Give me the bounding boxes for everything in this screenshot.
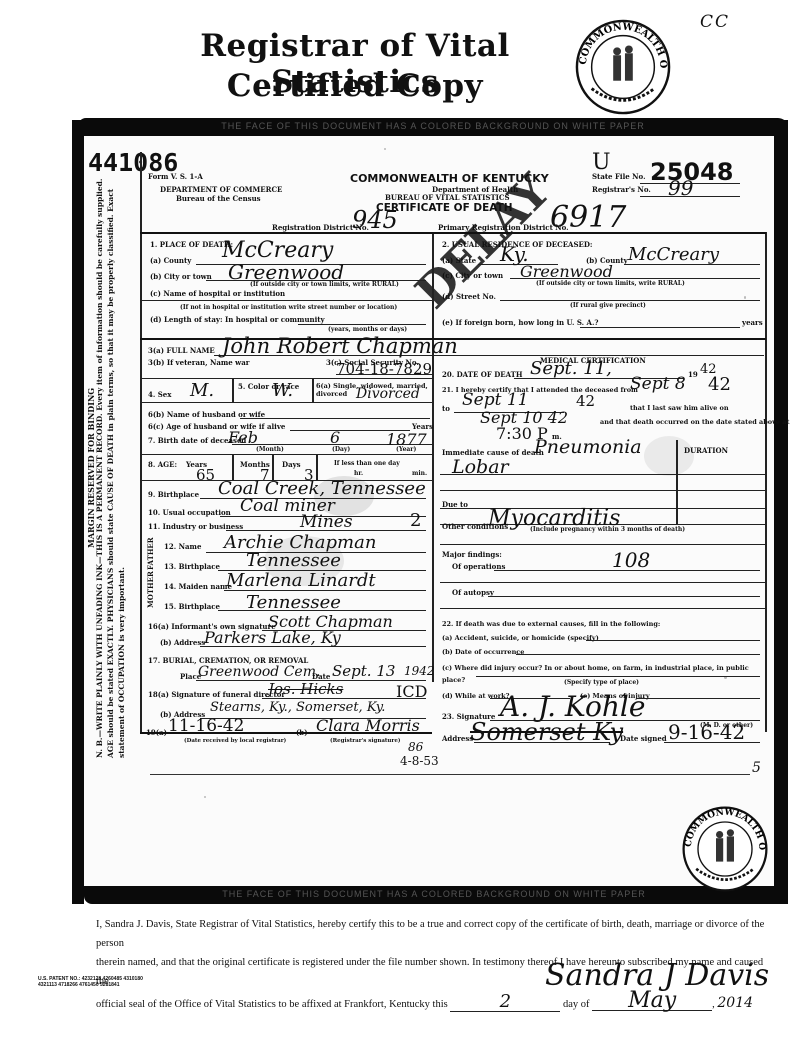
kentucky-seal-icon: COMMONWEALTH OF KENTUCKY xyxy=(574,18,672,116)
death-date: Sept. 11, xyxy=(530,358,612,379)
residence-city: Greenwood xyxy=(520,262,613,281)
mother-label: MOTHER xyxy=(146,571,155,608)
department-label: DEPARTMENT OF COMMERCE xyxy=(160,185,282,194)
funeral-director-address: Stearns, Ky., Somerset, Ky. xyxy=(210,700,385,715)
attestation-year: 2014 xyxy=(717,995,753,1011)
security-border-bottom: THE FACE OF THIS DOCUMENT HAS A COLORED … xyxy=(84,886,784,904)
birth-day: 6 xyxy=(330,428,340,447)
registration-district-number: 945 xyxy=(352,206,398,234)
mother-birthplace: Tennessee xyxy=(246,592,341,613)
attended-from: Sept 8 xyxy=(630,374,686,394)
social-security-number: 704-18-7829 xyxy=(336,360,432,378)
security-border-left xyxy=(72,120,84,904)
mother-maiden-name: Marlena Linardt xyxy=(226,570,376,591)
physician-address: Somerset Ky xyxy=(470,718,623,746)
corner-mark: CC xyxy=(700,12,730,32)
birth-month: Feb xyxy=(228,428,258,447)
residence-county: McCreary xyxy=(628,244,719,265)
immediate-cause: Pneumonia xyxy=(534,436,642,458)
burial-date: Sept. 13 xyxy=(332,662,395,680)
binding-margin-label: MARGIN RESERVED FOR BINDING xyxy=(86,388,96,548)
burial-place: Greenwood Cem. xyxy=(198,664,320,680)
margin-notice: N. B.—WRITE PLAINLY WITH UNFADING INK—TH… xyxy=(94,168,134,768)
funeral-director-signature: Jos. Hicks xyxy=(268,680,343,698)
state-registrar-signature: Sandra J Davis xyxy=(545,958,769,993)
operation-findings: 108 xyxy=(612,548,650,572)
marital-status: Divorced xyxy=(356,386,420,402)
attestation-month: May xyxy=(592,991,712,1011)
registrar-number: 99 xyxy=(668,176,693,200)
sex: M. xyxy=(190,380,214,401)
race: W. xyxy=(272,380,293,401)
industry: Mines xyxy=(300,512,353,532)
security-border-top: THE FACE OF THIS DOCUMENT HAS A COLORED … xyxy=(78,118,788,136)
form-id: Form V. S. 1-A xyxy=(148,172,203,181)
local-registrar-signature: Clara Morris xyxy=(316,716,420,735)
bureau-label: Bureau of the Census xyxy=(176,194,261,203)
primary-registration-number: 6917 xyxy=(550,200,626,235)
father-label: FATHER xyxy=(146,537,155,570)
full-name: John Robert Chapman xyxy=(222,334,458,358)
patent-text: U.S. PATENT NO.: 4232128 4260485 4310180… xyxy=(38,976,148,988)
document-subtitle: Certified Copy xyxy=(150,68,560,104)
father-birthplace: Tennessee xyxy=(246,550,341,571)
attended-to: Sept 11 xyxy=(462,390,528,410)
date-signed: 9-16-42 xyxy=(668,720,745,744)
security-border-right xyxy=(774,120,788,904)
kentucky-seal-bottom-icon: COMMONWEALTH OF KENTUCKY xyxy=(680,804,770,894)
amendment-date: 4-8-53 xyxy=(400,754,439,768)
date-filed: 11-16-42 xyxy=(168,716,244,736)
informant-address: Parkers Lake, Ky xyxy=(204,628,341,647)
age-years: 65 xyxy=(196,466,215,484)
attestation-day: 2 xyxy=(450,992,560,1012)
